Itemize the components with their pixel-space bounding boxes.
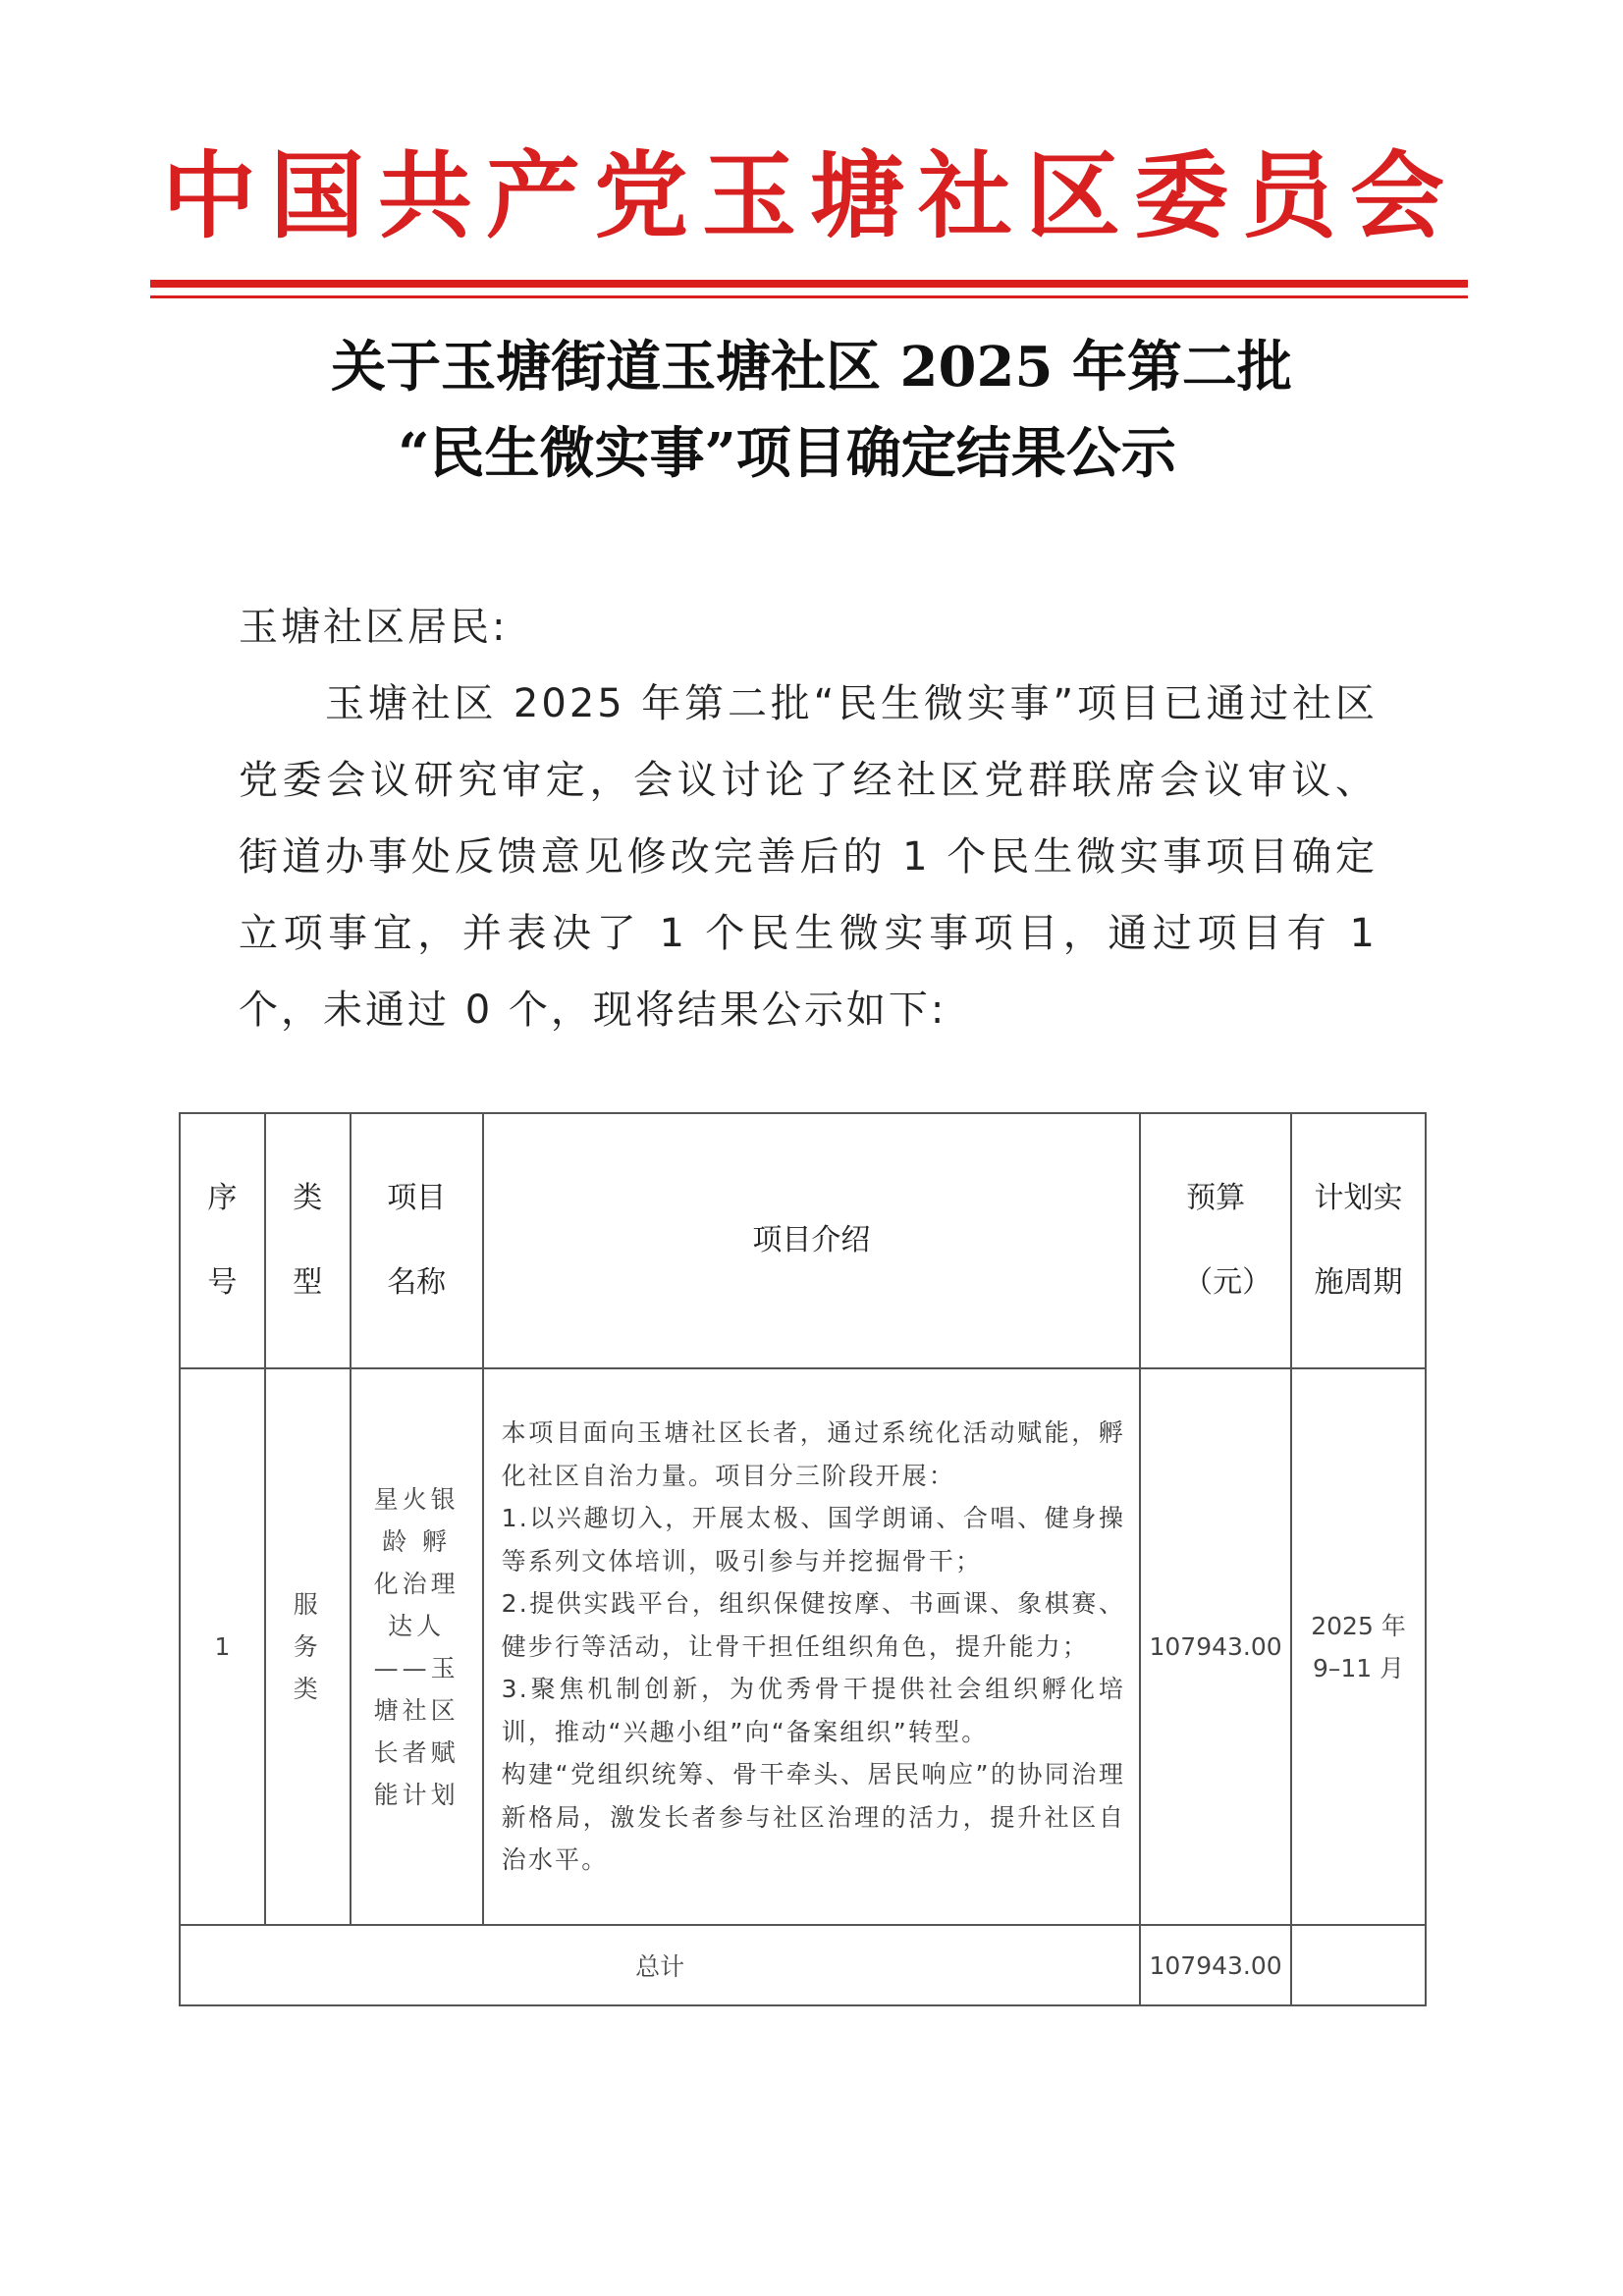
total-budget: 107943.00 bbox=[1140, 1925, 1291, 2005]
document-title: 关于玉塘街道玉塘社区 2025 年第二批 “民生微实事”项目确定结果公示 bbox=[196, 324, 1427, 497]
title-line-1: 关于玉塘街道玉塘社区 2025 年第二批 bbox=[331, 335, 1292, 400]
cell-period: 2025 年 9–11 月 bbox=[1291, 1368, 1426, 1925]
red-divider-thick bbox=[150, 280, 1468, 288]
header-type: 类型 bbox=[265, 1113, 351, 1368]
description-stage-3: 3.聚焦机制创新，为优秀骨干提供社会组织孵化培训，推动“兴趣小组”向“备案组织”… bbox=[502, 1668, 1126, 1753]
description-intro: 本项目面向玉塘社区长者，通过系统化活动赋能，孵化社区自治力量。项目分三阶段开展： bbox=[502, 1412, 1126, 1497]
description-stage-1: 1.以兴趣切入，开展太极、国学朗诵、合唱、健身操等系列文体培训，吸引参与并挖掘骨… bbox=[502, 1497, 1126, 1582]
total-period bbox=[1291, 1925, 1426, 2005]
title-line-2: “民生微实事”项目确定结果公示 bbox=[196, 410, 1427, 497]
notice-paragraph: 玉塘社区 2025 年第二批“民生微实事”项目已通过社区党委会议研究审定，会议讨… bbox=[239, 666, 1378, 1048]
header-name: 项目名称 bbox=[351, 1113, 483, 1368]
description-summary: 构建“党组织统筹、骨干牵头、居民响应”的协同治理新格局，激发长者参与社区治理的活… bbox=[502, 1753, 1126, 1882]
table-header-row: 序号 类型 项目名称 项目介绍 预算（元） 计划实施周期 bbox=[180, 1113, 1426, 1368]
cell-budget: 107943.00 bbox=[1140, 1368, 1291, 1925]
header-budget: 预算（元） bbox=[1140, 1113, 1291, 1368]
cell-name: 星火银龄 孵化治理达人——玉塘社区长者赋能计划 bbox=[351, 1368, 483, 1925]
period-months: 9–11 月 bbox=[1313, 1654, 1404, 1682]
red-divider-thin bbox=[150, 295, 1468, 298]
organization-header: 中国共产党玉塘社区委员会 bbox=[147, 137, 1473, 255]
description-stage-2: 2.提供实践平台，组织保健按摩、书画课、象棋赛、健步行等活动，让骨干担任组织角色… bbox=[502, 1582, 1126, 1668]
cell-seq: 1 bbox=[180, 1368, 265, 1925]
notice-body: 玉塘社区居民: 玉塘社区 2025 年第二批“民生微实事”项目已通过社区党委会议… bbox=[239, 589, 1378, 1048]
table-row: 1 服务类 星火银龄 孵化治理达人——玉塘社区长者赋能计划 本项目面向玉塘社区长… bbox=[180, 1368, 1426, 1925]
salutation: 玉塘社区居民: bbox=[239, 589, 1378, 666]
cell-type: 服务类 bbox=[265, 1368, 351, 1925]
total-label: 总计 bbox=[180, 1925, 1140, 2005]
period-year: 2025 年 bbox=[1311, 1612, 1406, 1640]
table-total-row: 总计 107943.00 bbox=[180, 1925, 1426, 2005]
header-description: 项目介绍 bbox=[483, 1113, 1141, 1368]
header-seq: 序号 bbox=[180, 1113, 265, 1368]
project-results-table: 序号 类型 项目名称 项目介绍 预算（元） 计划实施周期 1 服务类 星火银龄 … bbox=[179, 1112, 1427, 2006]
cell-description: 本项目面向玉塘社区长者，通过系统化活动赋能，孵化社区自治力量。项目分三阶段开展：… bbox=[483, 1368, 1141, 1925]
header-period: 计划实施周期 bbox=[1291, 1113, 1426, 1368]
